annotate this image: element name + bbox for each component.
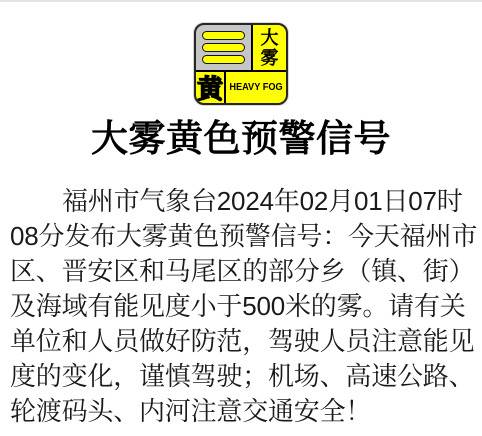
body-line: 福州市气象台2024年02月01日07时	[10, 184, 472, 219]
fog-symbol-panel	[196, 25, 251, 70]
fog-label-cn-char1: 大	[261, 28, 279, 48]
body-line: 08分发布大雾黄色预警信号：今天福州市	[10, 219, 472, 254]
fog-bar-icon	[202, 55, 245, 64]
notice-body: 福州市气象台2024年02月01日07时 08分发布大雾黄色预警信号：今天福州市…	[0, 184, 482, 429]
fog-label-en: HEAVY FOG	[226, 72, 286, 103]
body-line: 区、晋安区和马尾区的部分乡（镇、街）	[10, 254, 472, 289]
fog-bar-icon	[202, 31, 245, 40]
fog-warning-notice-page: 大 雾 黄 HEAVY FOG 大雾黄色预警信号 福州市气象台2024年02月0…	[0, 0, 482, 436]
fog-label-cn-char2: 雾	[261, 48, 279, 68]
body-line: 及海域有能见度小于500米的雾。请有关	[10, 289, 472, 324]
notice-title: 大雾黄色预警信号	[0, 114, 482, 164]
icon-container: 大 雾 黄 HEAVY FOG	[0, 23, 482, 105]
heavy-fog-warning-icon: 大 雾 黄 HEAVY FOG	[194, 23, 288, 105]
body-line: 单位和人员做好防范，驾驶人员注意能见	[10, 324, 472, 359]
fog-bar-icon	[202, 43, 245, 52]
fog-label-en-text: HEAVY FOG	[229, 82, 282, 93]
warning-level-char: 黄	[196, 72, 224, 103]
body-line: 度的变化，谨慎驾驶；机场、高速公路、	[10, 359, 472, 394]
body-line: 轮渡码头、内河注意交通安全！	[10, 394, 472, 429]
top-divider	[0, 0, 482, 2]
fog-label-cn: 大 雾	[253, 25, 286, 70]
